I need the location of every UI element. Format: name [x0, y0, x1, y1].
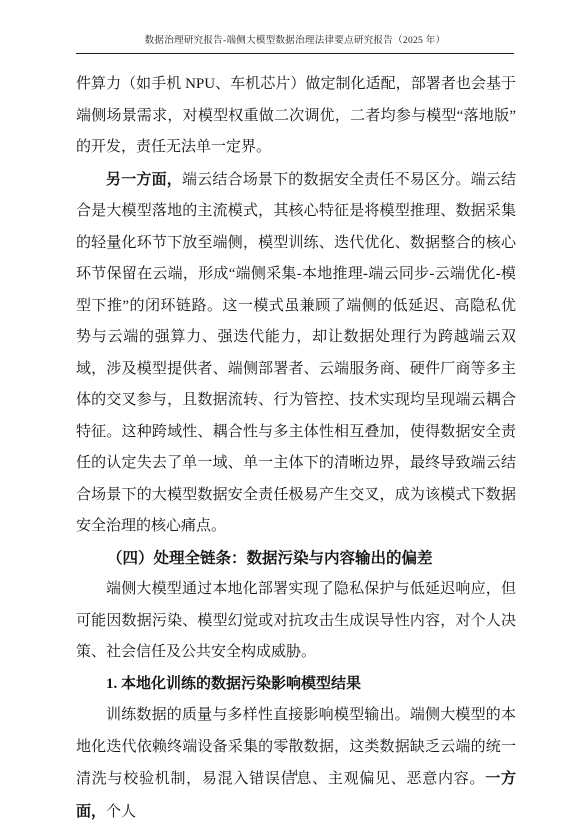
page-header: 数据治理研究报告-端侧大模型数据治理法律要点研究报告（2025 年） [76, 0, 514, 54]
section-heading: （四）处理全链条：数据污染与内容输出的偏差 [76, 543, 516, 575]
text-run: 个人 [106, 804, 136, 820]
document-page: 数据治理研究报告-端侧大模型数据治理法律要点研究报告（2025 年） 件算力（如… [0, 0, 586, 829]
paragraph: 另一方面，端云结合场景下的数据安全责任不易区分。端云结合是大模型落地的主流模式，… [76, 164, 516, 543]
text-run: 件算力（如手机 NPU、车机芯片）做定制化适配，部署者也会基于端侧场景需求，对模… [76, 76, 516, 155]
paragraph: 端侧大模型通过本地化部署实现了隐私保护与低延迟响应，但可能因数据污染、模型幻觉或… [76, 574, 516, 669]
text-run: 端云结合场景下的数据安全责任不易区分。端云结合是大模型落地的主流模式，其核心特征… [76, 172, 516, 535]
text-run: 端侧大模型通过本地化部署实现了隐私保护与低延迟响应，但可能因数据污染、模型幻觉或… [76, 581, 516, 660]
bold-text-run: 另一方面， [106, 171, 182, 188]
document-body: 件算力（如手机 NPU、车机芯片）做定制化适配，部署者也会基于端侧场景需求，对模… [76, 69, 516, 828]
subsection-heading: 1. 本地化训练的数据污染影响模型结果 [76, 669, 516, 701]
page-footer: 14 [0, 763, 586, 781]
page-number: 14 [288, 769, 298, 779]
paragraph-continued: 件算力（如手机 NPU、车机芯片）做定制化适配，部署者也会基于端侧场景需求，对模… [76, 69, 516, 164]
running-head-title: 数据治理研究报告-端侧大模型数据治理法律要点研究报告（2025 年） [76, 32, 514, 46]
